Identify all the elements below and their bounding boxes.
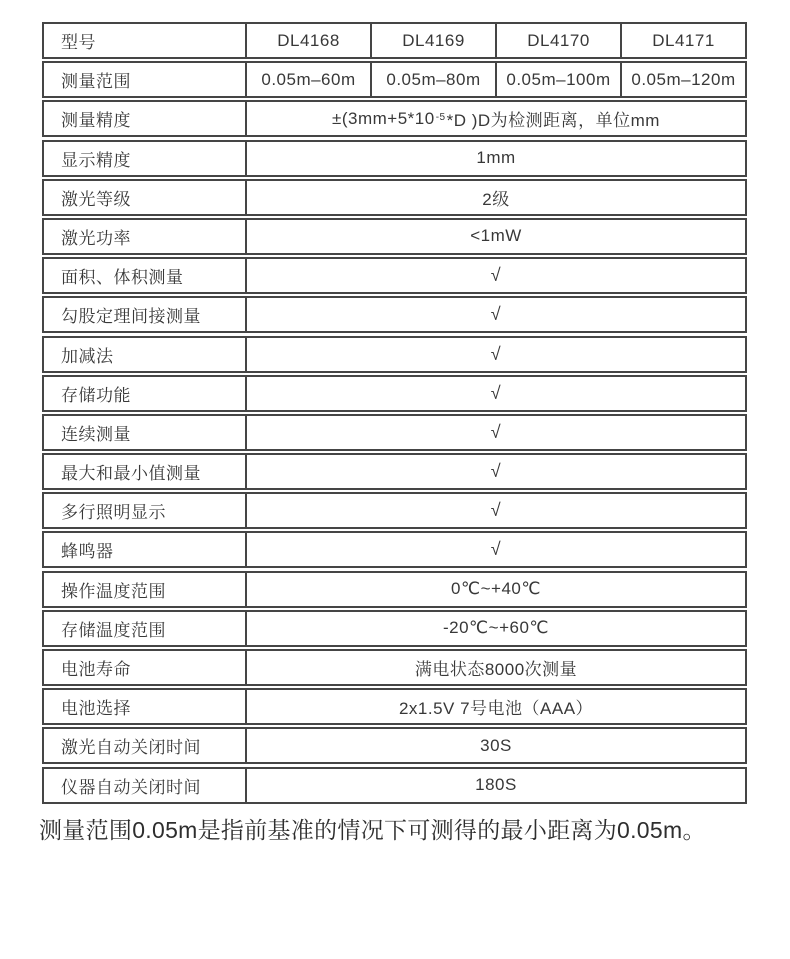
row-label: 加减法 bbox=[44, 338, 247, 371]
table-row: 面积、体积测量 √ bbox=[42, 257, 747, 294]
row-value: 30S bbox=[247, 729, 745, 762]
row-value: <1mW bbox=[247, 220, 745, 253]
table-row: 勾股定理间接测量 √ bbox=[42, 296, 747, 333]
row-label: 存储温度范围 bbox=[44, 612, 247, 645]
row-label: 多行照明显示 bbox=[44, 494, 247, 527]
row-label: 仪器自动关闭时间 bbox=[44, 769, 247, 802]
row-value-checkmark: √ bbox=[247, 338, 745, 371]
row-label: 激光自动关闭时间 bbox=[44, 729, 247, 762]
table-row: 多行照明显示 √ bbox=[42, 492, 747, 529]
table-row: 蜂鸣器 √ bbox=[42, 531, 747, 568]
row-value-checkmark: √ bbox=[247, 416, 745, 449]
range-cell: 0.05m–60m bbox=[247, 63, 372, 96]
row-value: 2x1.5V 7号电池（AAA） bbox=[247, 690, 745, 723]
range-cell: 0.05m–80m bbox=[372, 63, 497, 96]
row-value: 1mm bbox=[247, 142, 745, 175]
accuracy-value: ±(3mm+5*10-5 *D )D为检测距离，单位mm bbox=[247, 102, 745, 135]
table-row: 连续测量 √ bbox=[42, 414, 747, 451]
footnote-text: 测量范围0.05m是指前基准的情况下可测得的最小距离为0.05m。 bbox=[39, 812, 779, 845]
row-value-checkmark: √ bbox=[247, 533, 745, 566]
row-value: 2级 bbox=[247, 181, 745, 214]
table-row: 电池选择 2x1.5V 7号电池（AAA） bbox=[42, 688, 747, 725]
row-label: 蜂鸣器 bbox=[44, 533, 247, 566]
row-value-checkmark: √ bbox=[247, 455, 745, 488]
row-value-checkmark: √ bbox=[247, 259, 745, 292]
row-label: 存储功能 bbox=[44, 377, 247, 410]
row-value: 180S bbox=[247, 769, 745, 802]
table-row: 加减法 √ bbox=[42, 336, 747, 373]
row-label: 激光功率 bbox=[44, 220, 247, 253]
table-row: 最大和最小值测量 √ bbox=[42, 453, 747, 490]
row-label-model: 型号 bbox=[44, 24, 247, 57]
table-row-model: 型号 DL4168 DL4169 DL4170 DL4171 bbox=[42, 22, 747, 59]
row-label: 电池寿命 bbox=[44, 651, 247, 684]
table-row: 激光功率 <1mW bbox=[42, 218, 747, 255]
table-row: 存储温度范围 -20℃~+60℃ bbox=[42, 610, 747, 647]
table-row: 操作温度范围 0℃~+40℃ bbox=[42, 571, 747, 608]
accuracy-prefix: ±(3mm+5*10 bbox=[332, 109, 435, 129]
row-value: 满电状态8000次测量 bbox=[247, 651, 745, 684]
row-label: 电池选择 bbox=[44, 690, 247, 723]
row-label: 显示精度 bbox=[44, 142, 247, 175]
model-cell: DL4171 bbox=[622, 24, 745, 57]
range-cell: 0.05m–120m bbox=[622, 63, 745, 96]
table-row: 存储功能 √ bbox=[42, 375, 747, 412]
table-row: 电池寿命 满电状态8000次测量 bbox=[42, 649, 747, 686]
table-row: 显示精度 1mm bbox=[42, 140, 747, 177]
row-label-range: 测量范围 bbox=[44, 63, 247, 96]
row-value: -20℃~+60℃ bbox=[247, 612, 745, 645]
table-row-range: 测量范围 0.05m–60m 0.05m–80m 0.05m–100m 0.05… bbox=[42, 61, 747, 98]
row-label: 最大和最小值测量 bbox=[44, 455, 247, 488]
row-value: 0℃~+40℃ bbox=[247, 573, 745, 606]
row-label: 激光等级 bbox=[44, 181, 247, 214]
row-value-checkmark: √ bbox=[247, 494, 745, 527]
spec-table: 型号 DL4168 DL4169 DL4170 DL4171 测量范围 0.05… bbox=[42, 22, 747, 806]
table-row: 激光等级 2级 bbox=[42, 179, 747, 216]
row-label: 连续测量 bbox=[44, 416, 247, 449]
row-value-checkmark: √ bbox=[247, 298, 745, 331]
model-cell: DL4170 bbox=[497, 24, 622, 57]
table-row: 仪器自动关闭时间 180S bbox=[42, 767, 747, 804]
model-cell: DL4169 bbox=[372, 24, 497, 57]
row-value-checkmark: √ bbox=[247, 377, 745, 410]
row-label: 操作温度范围 bbox=[44, 573, 247, 606]
accuracy-suffix: *D )D为检测距离，单位mm bbox=[447, 106, 660, 131]
row-label: 面积、体积测量 bbox=[44, 259, 247, 292]
table-row-accuracy: 测量精度 ±(3mm+5*10-5 *D )D为检测距离，单位mm bbox=[42, 100, 747, 137]
model-cell: DL4168 bbox=[247, 24, 372, 57]
table-row: 激光自动关闭时间 30S bbox=[42, 727, 747, 764]
row-label: 勾股定理间接测量 bbox=[44, 298, 247, 331]
range-cell: 0.05m–100m bbox=[497, 63, 622, 96]
row-label-accuracy: 测量精度 bbox=[44, 102, 247, 135]
